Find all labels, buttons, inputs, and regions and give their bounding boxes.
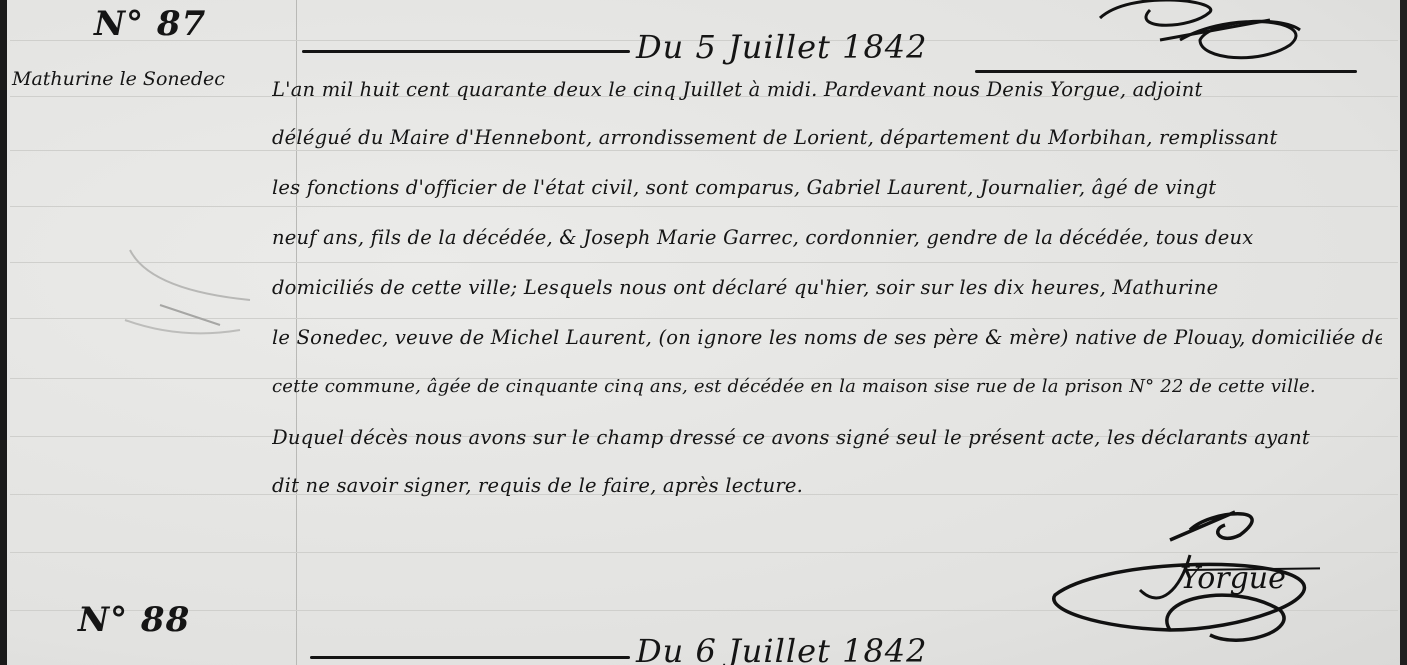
officer-signature: Yorgue (1040, 500, 1320, 650)
act-text-line: cette commune, âgée de cinquante cinq an… (272, 376, 1382, 397)
entry-number: N° 88 (78, 600, 190, 640)
act-text-line: L'an mil huit cent quarante deux le cinq… (272, 78, 1382, 101)
act-text-line: délégué du Maire d'Hennebont, arrondisse… (272, 126, 1382, 149)
date-heading: Du 5 Juillet 1842 (636, 28, 928, 66)
register-page: N° 87 Mathurine le Sonedec Du 5 Juillet … (0, 0, 1407, 665)
ruled-line (10, 150, 1398, 151)
act-text-line: neuf ans, fils de la décédée, & Joseph M… (272, 226, 1382, 249)
act-text-line: Duquel décès nous avons sur le champ dre… (272, 426, 1382, 449)
heading-rule-right (975, 70, 1357, 73)
act-text-line: dit ne savoir signer, requis de le faire… (272, 474, 1382, 497)
heading-rule-left (302, 50, 630, 53)
heading-rule-left (310, 656, 630, 659)
previous-act-signature-flourish (1090, 0, 1320, 64)
deceased-name-margin: Mathurine le Sonedec (12, 68, 225, 90)
entry-number: N° 87 (94, 4, 206, 44)
page-right-border (1400, 0, 1407, 665)
date-heading: Du 6 Juillet 1842 (636, 632, 928, 665)
act-text-line: le Sonedec, veuve de Michel Laurent, (on… (272, 326, 1382, 349)
page-left-border (0, 0, 7, 665)
act-text-line: domiciliés de cette ville; Lesquels nous… (272, 276, 1382, 299)
act-text-line: les fonctions d'officier de l'état civil… (272, 176, 1382, 199)
ruled-line (10, 206, 1398, 207)
